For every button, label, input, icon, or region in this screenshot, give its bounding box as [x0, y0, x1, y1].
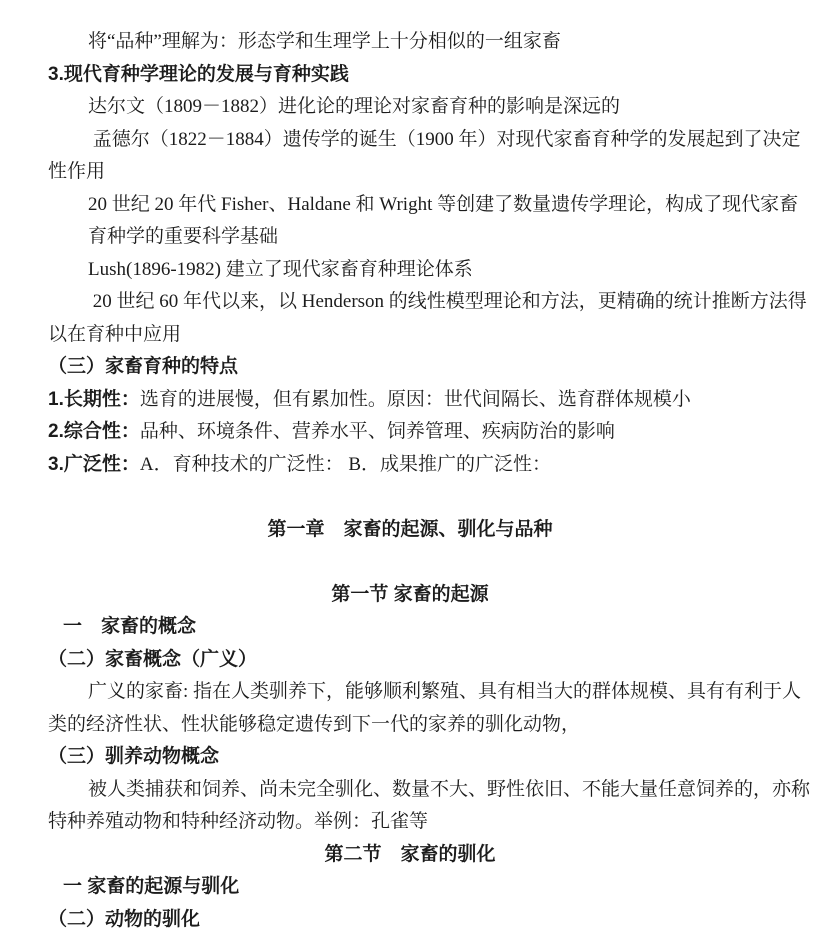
characteristic-text: 选育的进展慢，但有累加性。原因：世代间隔长、选育群体规模小: [140, 389, 691, 410]
blank-line: [48, 481, 772, 514]
characteristic-text: 品种、环境条件、营养水平、饲养管理、疾病防治的影响: [140, 421, 615, 442]
line-breed-understanding: 将“品种”理解为：形态学和生理学上十分相似的一组家畜: [48, 26, 772, 59]
line-lush: Lush(1896-1982) 建立了现代家畜育种理论体系: [48, 254, 772, 287]
characteristic-label: 2.综合性：: [48, 421, 140, 442]
characteristic-label: 1.长期性：: [48, 389, 140, 410]
line-mendel-1: 孟德尔（1822－1884）遗传学的诞生（1900 年）对现代家畜育种学的发展起…: [48, 124, 772, 157]
heading-breeding-characteristics: （三）家畜育种的特点: [48, 351, 772, 384]
line-mendel-2: 性作用: [48, 156, 772, 189]
line-darwin: 达尔文（1809－1882）进化论的理论对家畜育种的影响是深远的: [48, 91, 772, 124]
characteristic-item-broad: 3.广泛性：A．育种技术的广泛性： B．成果推广的广泛性：: [48, 449, 772, 482]
line-tamed-2: 特种养殖动物和特种经济动物。举例：孔雀等: [48, 806, 772, 839]
document-page: 将“品种”理解为：形态学和生理学上十分相似的一组家畜 3.现代育种学理论的发展与…: [0, 0, 816, 941]
characteristic-item-comprehensive: 2.综合性：品种、环境条件、营养水平、饲养管理、疾病防治的影响: [48, 416, 772, 449]
line-broad-concept-1: 广义的家畜: 指在人类驯养下，能够顺利繁殖、具有相当大的群体规模、具有有利于人: [48, 676, 772, 709]
heading-tamed-animal-concept: （三）驯养动物概念: [48, 741, 772, 774]
line-henderson-2: 以在育种中应用: [48, 319, 772, 352]
characteristic-label: 3.广泛性：: [48, 454, 140, 475]
heading-livestock-concept: 一 家畜的概念: [48, 611, 772, 644]
chapter-title: 第一章 家畜的起源、驯化与品种: [48, 514, 772, 547]
line-fisher-1: 20 世纪 20 年代 Fisher、Haldane 和 Wright 等创建了…: [48, 189, 772, 222]
line-fisher-2: 育种学的重要科学基础: [48, 221, 772, 254]
heading-modern-breeding-theory: 3.现代育种学理论的发展与育种实践: [48, 59, 772, 92]
line-tamed-1: 被人类捕获和饲养、尚未完全驯化、数量不大、野性依旧、不能大量任意饲养的，亦称: [48, 774, 772, 807]
heading-origin-domestication: 一 家畜的起源与驯化: [48, 871, 772, 904]
line-henderson-1: 20 世纪 60 年代以来，以 Henderson 的线性模型理论和方法，更精确…: [48, 286, 772, 319]
heading-broad-concept: （二）家畜概念（广义）: [48, 644, 772, 677]
characteristic-item-longterm: 1.长期性：选育的进展慢，但有累加性。原因：世代间隔长、选育群体规模小: [48, 384, 772, 417]
section-title-domestication: 第二节 家畜的驯化: [48, 839, 772, 872]
characteristic-text: A．育种技术的广泛性： B．成果推广的广泛性：: [140, 454, 551, 475]
blank-line: [48, 546, 772, 579]
line-broad-concept-2: 类的经济性状、性状能够稳定遗传到下一代的家养的驯化动物，: [48, 709, 772, 742]
heading-animal-domestication: （二）动物的驯化: [48, 904, 772, 937]
section-title-origin: 第一节 家畜的起源: [48, 579, 772, 612]
